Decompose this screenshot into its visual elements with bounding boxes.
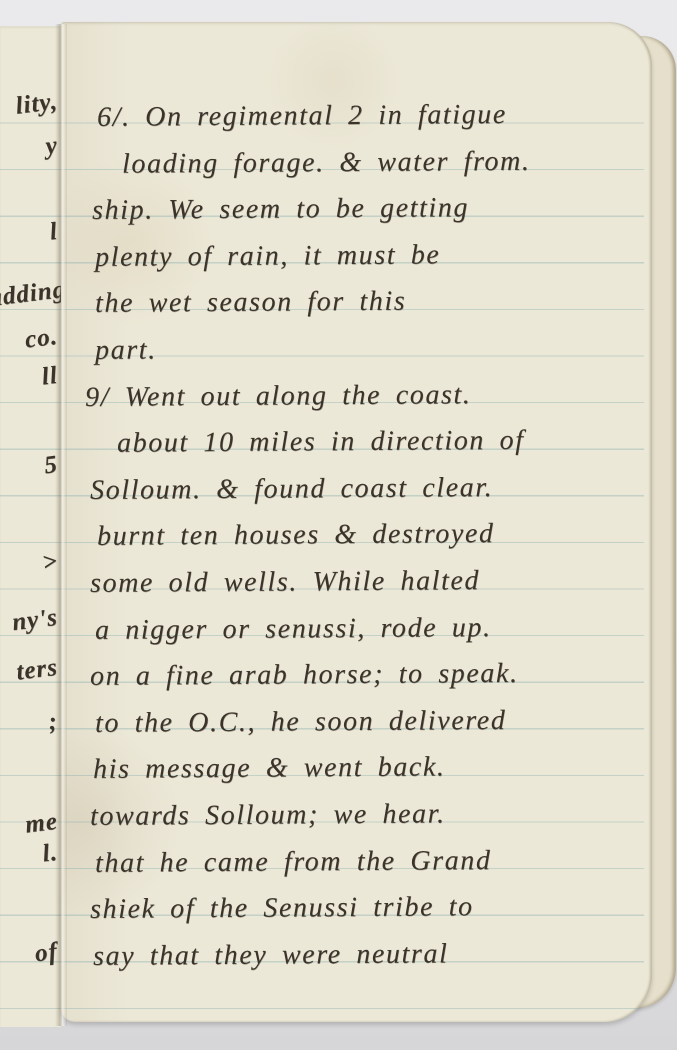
handwriting-line: Solloum. & found coast clear. (83, 456, 643, 507)
handwriting-layer: 6/. On regimental 2 in fatigueloading fo… (83, 22, 643, 1022)
diary-page: 6/. On regimental 2 in fatigueloading fo… (61, 22, 652, 1022)
handwriting-line: burnt ten houses & destroyed (83, 502, 643, 553)
handwriting-line: that he came from the Grand (83, 829, 643, 880)
photograph-background: lity,yluddingco.ll5>ny'sters;mel.of 6/. … (0, 0, 677, 1050)
handwriting-line: part. (83, 316, 643, 367)
handwriting-line: shiek of the Senussi tribe to (83, 875, 643, 926)
gutter-fold (55, 24, 67, 1026)
handwriting-line: a nigger or senussi, rode up. (83, 596, 643, 647)
handwriting-line: to the O.C., he soon delivered (83, 689, 643, 740)
handwriting-line: on a fine arab horse; to speak. (83, 642, 643, 693)
handwriting-line: the wet season for this (83, 269, 643, 320)
handwriting-line: plenty of rain, it must be (83, 223, 643, 274)
handwriting-line: ship. We seem to be getting (83, 176, 643, 227)
handwriting-line: loading forage. & water from. (83, 130, 643, 181)
facing-page-edge: lity,yluddingco.ll5>ny'sters;mel.of (0, 26, 61, 1027)
handwriting-line: 9/ Went out along the coast. (83, 363, 643, 414)
handwriting-line: his message & went back. (83, 735, 643, 786)
handwriting-line: some old wells. While halted (83, 549, 643, 600)
handwriting-line: towards Solloum; we hear. (83, 782, 643, 833)
handwriting-line: say that they were neutral (83, 922, 643, 973)
handwriting-line: 6/. On regimental 2 in fatigue (83, 83, 643, 134)
handwriting-line: about 10 miles in direction of (83, 409, 643, 460)
